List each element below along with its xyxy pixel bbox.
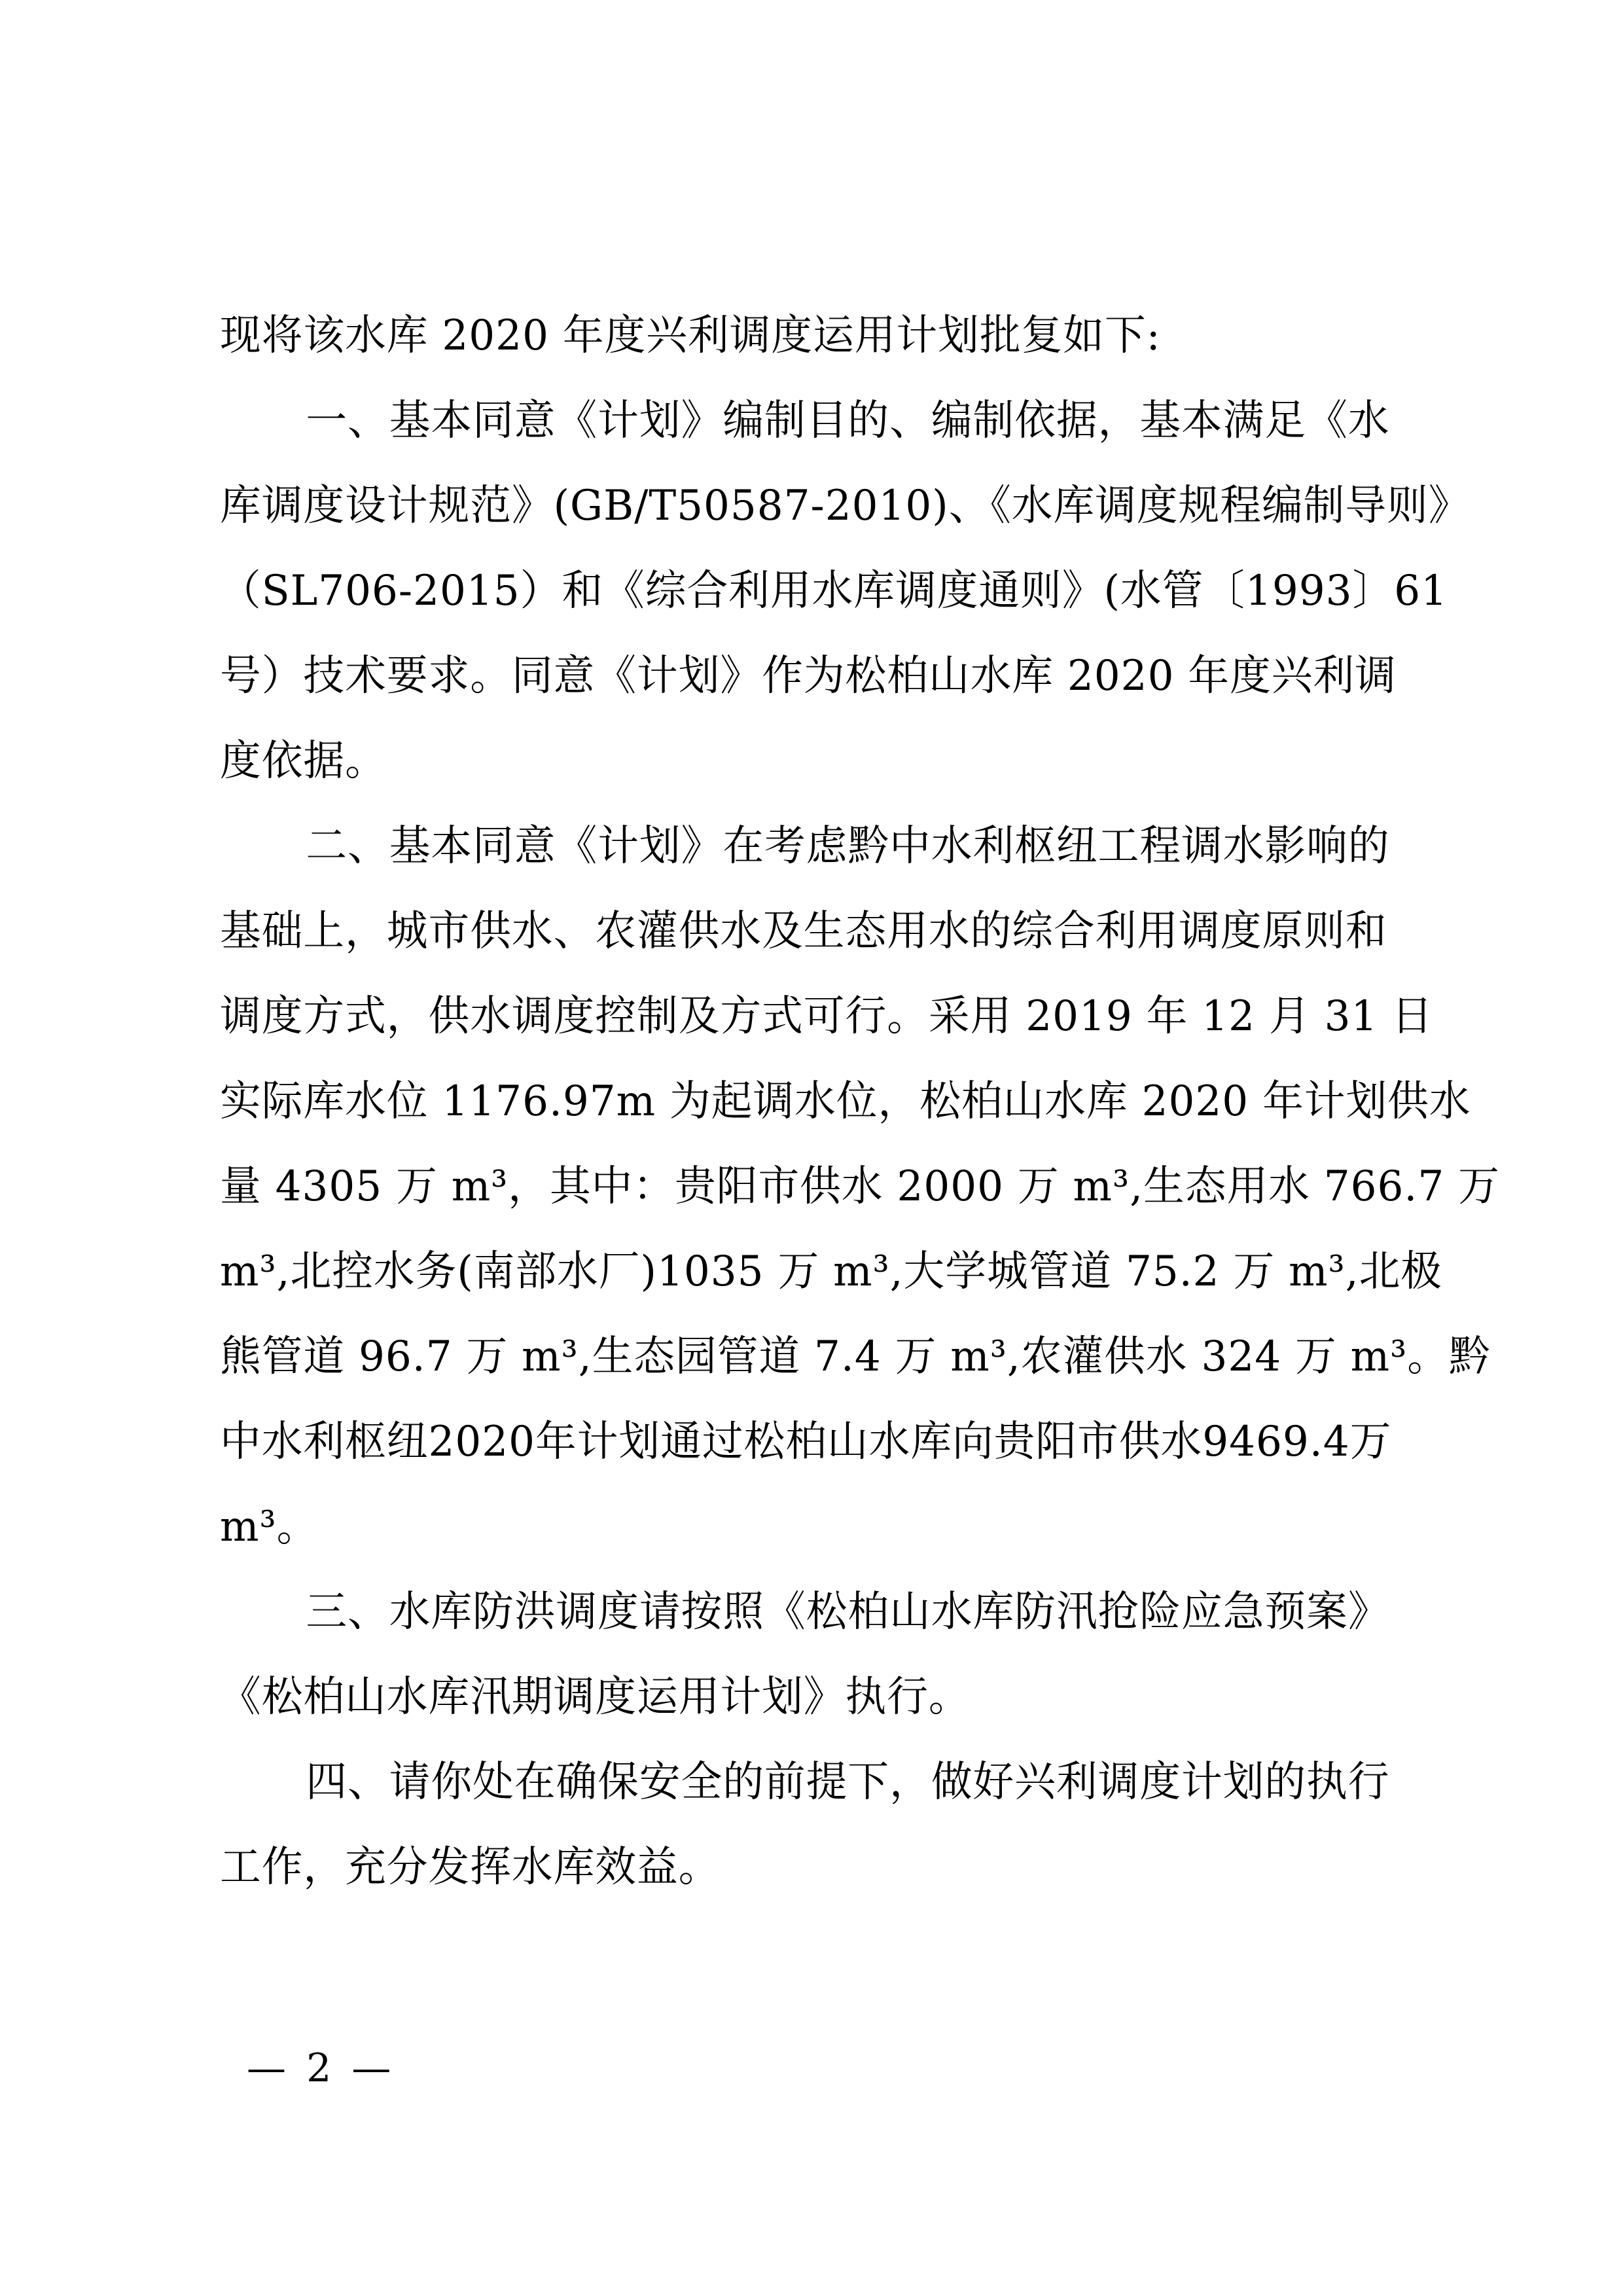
page-number: — 2 —	[247, 2042, 395, 2094]
document-body: 现将该水库 2020 年度兴利调度运用计划批复如下: 一、基本同意《计划》编制目…	[220, 293, 1427, 1910]
text-line: 工作，充分发挥水库效益。	[220, 1825, 1402, 1910]
text-line: 基础上，城市供水、农灌供水及生态用水的综合利用调度原则和	[220, 889, 1402, 974]
text-line: 熊管道 96.7 万 m³,生态园管道 7.4 万 m³,农灌供水 324 万 …	[220, 1314, 1402, 1399]
text-line: 号）技术要求。同意《计划》作为松柏山水库 2020 年度兴利调	[220, 634, 1402, 719]
text-line: m³。	[220, 1484, 1402, 1570]
document-page: 现将该水库 2020 年度兴利调度运用计划批复如下: 一、基本同意《计划》编制目…	[0, 0, 1623, 2296]
text-line: 现将该水库 2020 年度兴利调度运用计划批复如下:	[220, 293, 1402, 378]
text-line: m³,北控水务(南部水厂)1035 万 m³,大学城管道 75.2 万 m³,北…	[220, 1229, 1402, 1314]
text-line: 调度方式，供水调度控制及方式可行。采用 2019 年 12 月 31 日	[220, 974, 1402, 1059]
text-line: 度依据。	[220, 719, 1402, 804]
paragraph-4-line: 四、请你处在确保安全的前提下，做好兴利调度计划的执行	[220, 1740, 1402, 1825]
text-line: 库调度设计规范》(GB/T50587-2010)、《水库调度规程编制导则》	[220, 463, 1402, 548]
text-line: 实际库水位 1176.97m 为起调水位，松柏山水库 2020 年计划供水	[220, 1059, 1402, 1144]
text-line: 中水利枢纽2020年计划通过松柏山水库向贵阳市供水9469.4万	[220, 1399, 1402, 1484]
paragraph-2-line: 二、基本同意《计划》在考虑黔中水利枢纽工程调水影响的	[220, 804, 1402, 889]
text-line: 《松柏山水库汛期调度运用计划》执行。	[220, 1655, 1402, 1740]
text-line: （SL706-2015）和《综合利用水库调度通则》(水管〔1993〕61	[220, 548, 1402, 634]
text-line: 量 4305 万 m³，其中：贵阳市供水 2000 万 m³,生态用水 766.…	[220, 1144, 1402, 1229]
paragraph-1-line: 一、基本同意《计划》编制目的、编制依据，基本满足《水	[220, 378, 1402, 463]
paragraph-3-line: 三、水库防洪调度请按照《松柏山水库防汛抢险应急预案》	[220, 1570, 1402, 1655]
